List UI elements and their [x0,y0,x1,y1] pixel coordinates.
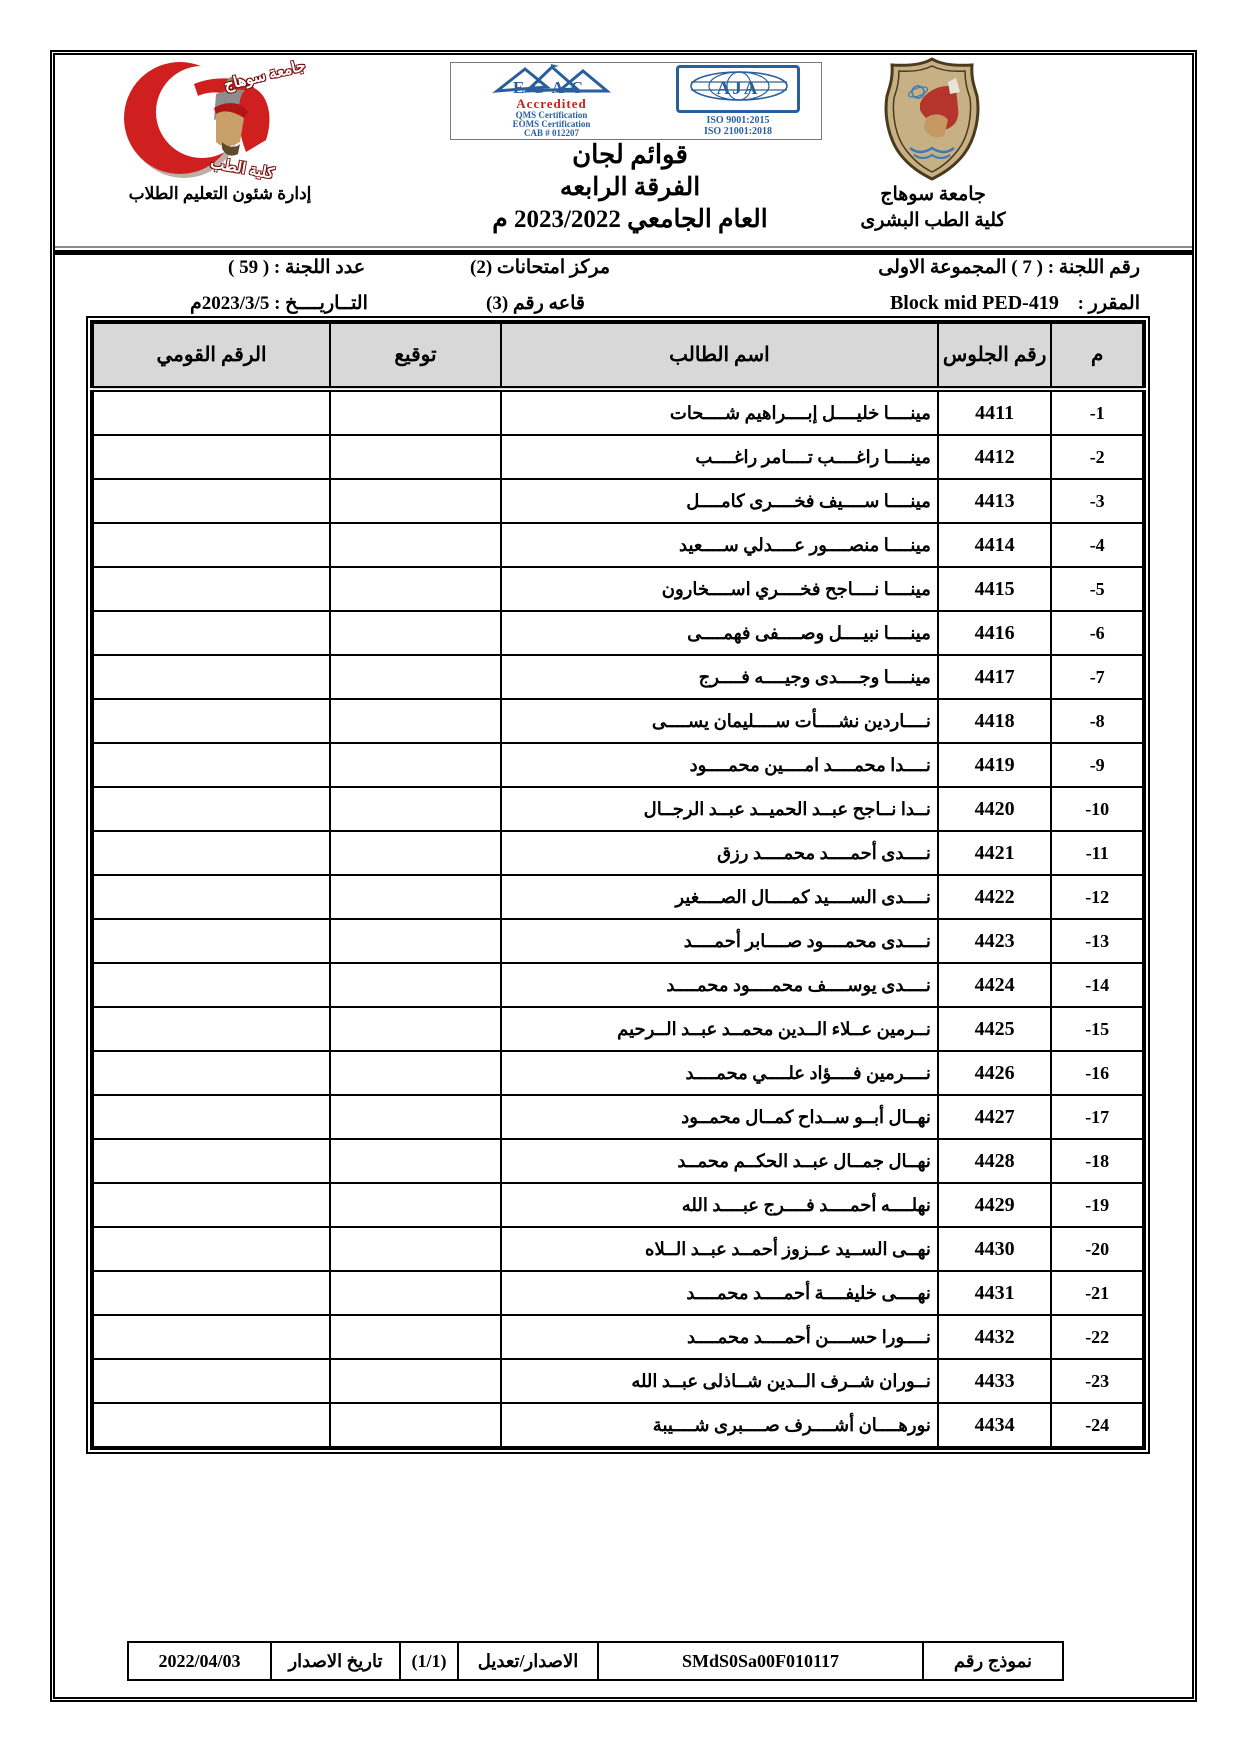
signature-cell [330,1227,501,1271]
faculty-name: كلية الطب البشرى [838,208,1028,234]
table-row: -84418نــــاردين نشــــأت ســــليمان يسـ… [92,699,1144,743]
seat-number-cell: 4420 [938,787,1052,831]
header-national-id: الرقم القومي [92,322,330,389]
national-id-cell [92,1403,330,1448]
signature-cell [330,743,501,787]
accreditation-box: EGAC Accredited QMS Certification EOMS C… [450,62,822,140]
student-name-cell: مينــــا وجــــدى وجيــــه فــــرج [501,655,938,699]
student-name-cell: نــــاردين نشــــأت ســــليمان يســــى [501,699,938,743]
aja-name: AJA [717,79,760,100]
index-cell: -20 [1051,1227,1144,1271]
aja-iso-line: ISO 9001:2015 [663,115,813,126]
academic-year-title: العام الجامعي 2023/2022 م [420,204,840,234]
students-table: م رقم الجلوس اسم الطالب توقيع الرقم القو… [90,320,1146,1450]
signature-cell [330,1403,501,1448]
signature-cell [330,1051,501,1095]
national-id-cell [92,479,330,523]
national-id-cell [92,389,330,435]
student-name-cell: مينــــا ســــيف فخــــرى كامــــل [501,479,938,523]
index-cell: -19 [1051,1183,1144,1227]
course-label: المقرر : [1078,293,1140,314]
table-header-row: م رقم الجلوس اسم الطالب توقيع الرقم القو… [92,322,1144,389]
table-row: -234433نــوران شــرف الــدين شــاذلى عبـ… [92,1359,1144,1403]
seat-number-cell: 4412 [938,435,1052,479]
seat-number-cell: 4426 [938,1051,1052,1095]
table-row: -164426نــــرمين فــــؤاد علــــي محمـــ… [92,1051,1144,1095]
table-row: -94419نــــدا محمــــد امــــين محمــــو… [92,743,1144,787]
seat-number-cell: 4430 [938,1227,1052,1271]
aja-badge: AJA [676,65,800,113]
student-name-cell: مينــــا نــــاجح فخــــري اســــخارون [501,567,938,611]
issue-edit-value: (1/1) [400,1642,458,1680]
student-name-cell: نهــى الســيد عــزوز أحمــد عبــد الــلا… [501,1227,938,1271]
signature-cell [330,1007,501,1051]
seat-number-cell: 4427 [938,1095,1052,1139]
table-row: -24412مينــــا راغــــب تــــامر راغــــ… [92,435,1144,479]
index-cell: -8 [1051,699,1144,743]
student-name-cell: نــــدى يوســــف محمــــود محمــــد [501,963,938,1007]
index-cell: -13 [1051,919,1144,963]
table-row: -14411مينــــا خليــــل إبــــراهيم شـــ… [92,389,1144,435]
national-id-cell [92,963,330,1007]
student-name-cell: نــــدا محمــــد امــــين محمــــود [501,743,938,787]
student-name-cell: نــــورا حســــن أحمــــد محمــــد [501,1315,938,1359]
seat-number-cell: 4418 [938,699,1052,743]
table-row: -64416مينــــا نبيــــل وصــــفى فهمــــ… [92,611,1144,655]
student-table-body: -14411مينــــا خليــــل إبــــراهيم شـــ… [92,389,1144,1448]
signature-cell [330,963,501,1007]
signature-cell [330,1183,501,1227]
index-cell: -11 [1051,831,1144,875]
seat-number-cell: 4424 [938,963,1052,1007]
index-cell: -1 [1051,389,1144,435]
seat-number-cell: 4422 [938,875,1052,919]
index-cell: -15 [1051,1007,1144,1051]
student-name-cell: نــــدى الســــيد كمــــال الصــــغير [501,875,938,919]
student-name-cell: نهــال أبــو ســداح كمــال محمــود [501,1095,938,1139]
student-name-cell: مينــــا منصــــور عــــدلي ســــعيد [501,523,938,567]
aja-logo: AJA ISO 9001:2015 ISO 21001:2018 [663,65,813,137]
table-row: -194429نهلــــه أحمــــد فــــرج عبــــد… [92,1183,1144,1227]
egac-accredited-label: Accredited [459,97,644,111]
faculty-crescent-logo: جامعة سوهاج كلية الطب [98,56,334,180]
national-id-cell [92,655,330,699]
national-id-cell [92,1007,330,1051]
student-name-cell: نــرمين عــلاء الــدين محمــد عبــد الــ… [501,1007,938,1051]
signature-cell [330,567,501,611]
table-row: -114421نــــدى أحمــــد محمــــد رزق [92,831,1144,875]
university-shield-logo [876,56,988,182]
table-row: -154425نــرمين عــلاء الــدين محمــد عبـ… [92,1007,1144,1051]
seat-number-cell: 4419 [938,743,1052,787]
national-id-cell [92,1139,330,1183]
student-name-cell: مينــــا نبيــــل وصــــفى فهمــــى [501,611,938,655]
seat-number-cell: 4433 [938,1359,1052,1403]
national-id-cell [92,1095,330,1139]
table-row: -144424نــــدى يوســــف محمــــود محمـــ… [92,963,1144,1007]
issue-edit-label: الاصدار/تعديل [458,1642,598,1680]
seat-number-cell: 4417 [938,655,1052,699]
index-cell: -7 [1051,655,1144,699]
signature-cell [330,1271,501,1315]
signature-cell [330,787,501,831]
header-signature: توقيع [330,322,501,389]
national-id-cell [92,1183,330,1227]
national-id-cell [92,1359,330,1403]
table-row: -34413مينــــا ســــيف فخــــرى كامــــل [92,479,1144,523]
student-name-cell: نهــــى خليفــــة أحمــــد محمــــد [501,1271,938,1315]
table-row: -214431نهــــى خليفــــة أحمــــد محمـــ… [92,1271,1144,1315]
national-id-cell [92,787,330,831]
signature-cell [330,699,501,743]
header-student-name: اسم الطالب [501,322,938,389]
table-row: -224432نــــورا حســــن أحمــــد محمــــ… [92,1315,1144,1359]
national-id-cell [92,875,330,919]
index-cell: -16 [1051,1051,1144,1095]
index-cell: -24 [1051,1403,1144,1448]
student-name-cell: نــــرمين فــــؤاد علــــي محمــــد [501,1051,938,1095]
signature-cell [330,1315,501,1359]
table-row: -74417مينــــا وجــــدى وجيــــه فــــرج [92,655,1144,699]
index-cell: -6 [1051,611,1144,655]
table-row: -184428نهــال جمــال عبــد الحكــم محمــ… [92,1139,1144,1183]
university-name: جامعة سوهاج [838,182,1028,208]
national-id-cell [92,699,330,743]
index-cell: -5 [1051,567,1144,611]
course-code: Block mid PED-419 [890,292,1059,315]
national-id-cell [92,567,330,611]
index-cell: -3 [1051,479,1144,523]
index-cell: -12 [1051,875,1144,919]
index-cell: -2 [1051,435,1144,479]
footer-form-table: نموذج رقم SMdS0Sa00F010117 الاصدار/تعديل… [127,1641,1064,1681]
issue-date-label: تاريخ الاصدار [271,1642,400,1680]
student-name-cell: نــدا نــاجح عبــد الحميــد عبــد الرجــ… [501,787,938,831]
organization-names: جامعة سوهاج كلية الطب البشرى [838,182,1028,234]
national-id-cell [92,1227,330,1271]
egac-cert-line: CAB # 012207 [459,129,644,138]
table-row: -124422نــــدى الســــيد كمــــال الصـــ… [92,875,1144,919]
index-cell: -4 [1051,523,1144,567]
seat-number-cell: 4415 [938,567,1052,611]
header-index: م [1051,322,1144,389]
seat-number-cell: 4431 [938,1271,1052,1315]
student-name-cell: نهلــــه أحمــــد فــــرج عبــــد الله [501,1183,938,1227]
signature-cell [330,479,501,523]
exam-center: مركز امتحانات (2) [470,256,610,279]
header-separator-rule [55,246,1192,256]
footer-row: نموذج رقم SMdS0Sa00F010117 الاصدار/تعديل… [128,1642,1063,1680]
signature-cell [330,655,501,699]
form-number-label: نموذج رقم [923,1642,1063,1680]
form-code: SMdS0Sa00F010117 [598,1642,923,1680]
signature-cell [330,831,501,875]
signature-cell [330,1139,501,1183]
seat-number-cell: 4429 [938,1183,1052,1227]
table-row: -54415مينــــا نــــاجح فخــــري اســــخ… [92,567,1144,611]
table-row: -44414مينــــا منصــــور عــــدلي ســــع… [92,523,1144,567]
index-cell: -21 [1051,1271,1144,1315]
seat-number-cell: 4432 [938,1315,1052,1359]
signature-cell [330,389,501,435]
signature-cell [330,1095,501,1139]
committee-count: عدد اللجنة : ( 59 ) [228,256,365,279]
course-row: المقرر : Block mid PED-419 [890,292,1140,315]
table-row: -244434نورهــــان أشــــرف صــــبرى شـــ… [92,1403,1144,1448]
issue-date-value: 2022/04/03 [128,1642,271,1680]
header-seat-number: رقم الجلوس [938,322,1052,389]
signature-cell [330,919,501,963]
table-row: -204430نهــى الســيد عــزوز أحمــد عبــد… [92,1227,1144,1271]
aja-iso-line: ISO 21001:2018 [663,126,813,137]
egac-logo: EGAC Accredited QMS Certification EOMS C… [459,63,644,139]
seat-number-cell: 4425 [938,1007,1052,1051]
table-row: -104420نــدا نــاجح عبــد الحميــد عبــد… [92,787,1144,831]
seat-number-cell: 4414 [938,523,1052,567]
committee-number: رقم اللجنة : ( 7 ) المجموعة الاولى [878,256,1140,279]
seat-number-cell: 4413 [938,479,1052,523]
signature-cell [330,1359,501,1403]
exam-date: التــاريــــخ : 2023/3/5م [190,292,368,315]
national-id-cell [92,1051,330,1095]
national-id-cell [92,919,330,963]
student-name-cell: مينــــا خليــــل إبــــراهيم شــــحات [501,389,938,435]
national-id-cell [92,1271,330,1315]
student-name-cell: نــوران شــرف الــدين شــاذلى عبــد الله [501,1359,938,1403]
table-row: -174427نهــال أبــو ســداح كمــال محمــو… [92,1095,1144,1139]
department-label: إدارة شئون التعليم الطلاب [90,184,350,204]
index-cell: -17 [1051,1095,1144,1139]
national-id-cell [92,523,330,567]
student-name-cell: نهــال جمــال عبــد الحكــم محمــد [501,1139,938,1183]
student-name-cell: مينــــا راغــــب تــــامر راغــــب [501,435,938,479]
shield-icon [876,56,988,182]
grade-title: الفرقة الرابعه [420,172,840,202]
signature-cell [330,435,501,479]
room-number: قاعه رقم (3) [486,292,585,315]
index-cell: -10 [1051,787,1144,831]
document-title: قوائم لجان [420,140,840,170]
seat-number-cell: 4423 [938,919,1052,963]
index-cell: -23 [1051,1359,1144,1403]
index-cell: -18 [1051,1139,1144,1183]
index-cell: -9 [1051,743,1144,787]
national-id-cell [92,435,330,479]
students-table-wrap: م رقم الجلوس اسم الطالب توقيع الرقم القو… [86,316,1150,1454]
seat-number-cell: 4434 [938,1403,1052,1448]
student-name-cell: نورهــــان أشــــرف صــــبرى شــــيبة [501,1403,938,1448]
index-cell: -14 [1051,963,1144,1007]
index-cell: -22 [1051,1315,1144,1359]
student-name-cell: نــــدى أحمــــد محمــــد رزق [501,831,938,875]
national-id-cell [92,831,330,875]
signature-cell [330,875,501,919]
seat-number-cell: 4411 [938,389,1052,435]
seat-number-cell: 4428 [938,1139,1052,1183]
seat-number-cell: 4421 [938,831,1052,875]
student-name-cell: نــــدى محمــــود صــــابر أحمــــد [501,919,938,963]
national-id-cell [92,611,330,655]
seat-number-cell: 4416 [938,611,1052,655]
signature-cell [330,611,501,655]
national-id-cell [92,1315,330,1359]
egac-name: EGAC [459,79,644,97]
signature-cell [330,523,501,567]
table-row: -134423نــــدى محمــــود صــــابر أحمـــ… [92,919,1144,963]
national-id-cell [92,743,330,787]
